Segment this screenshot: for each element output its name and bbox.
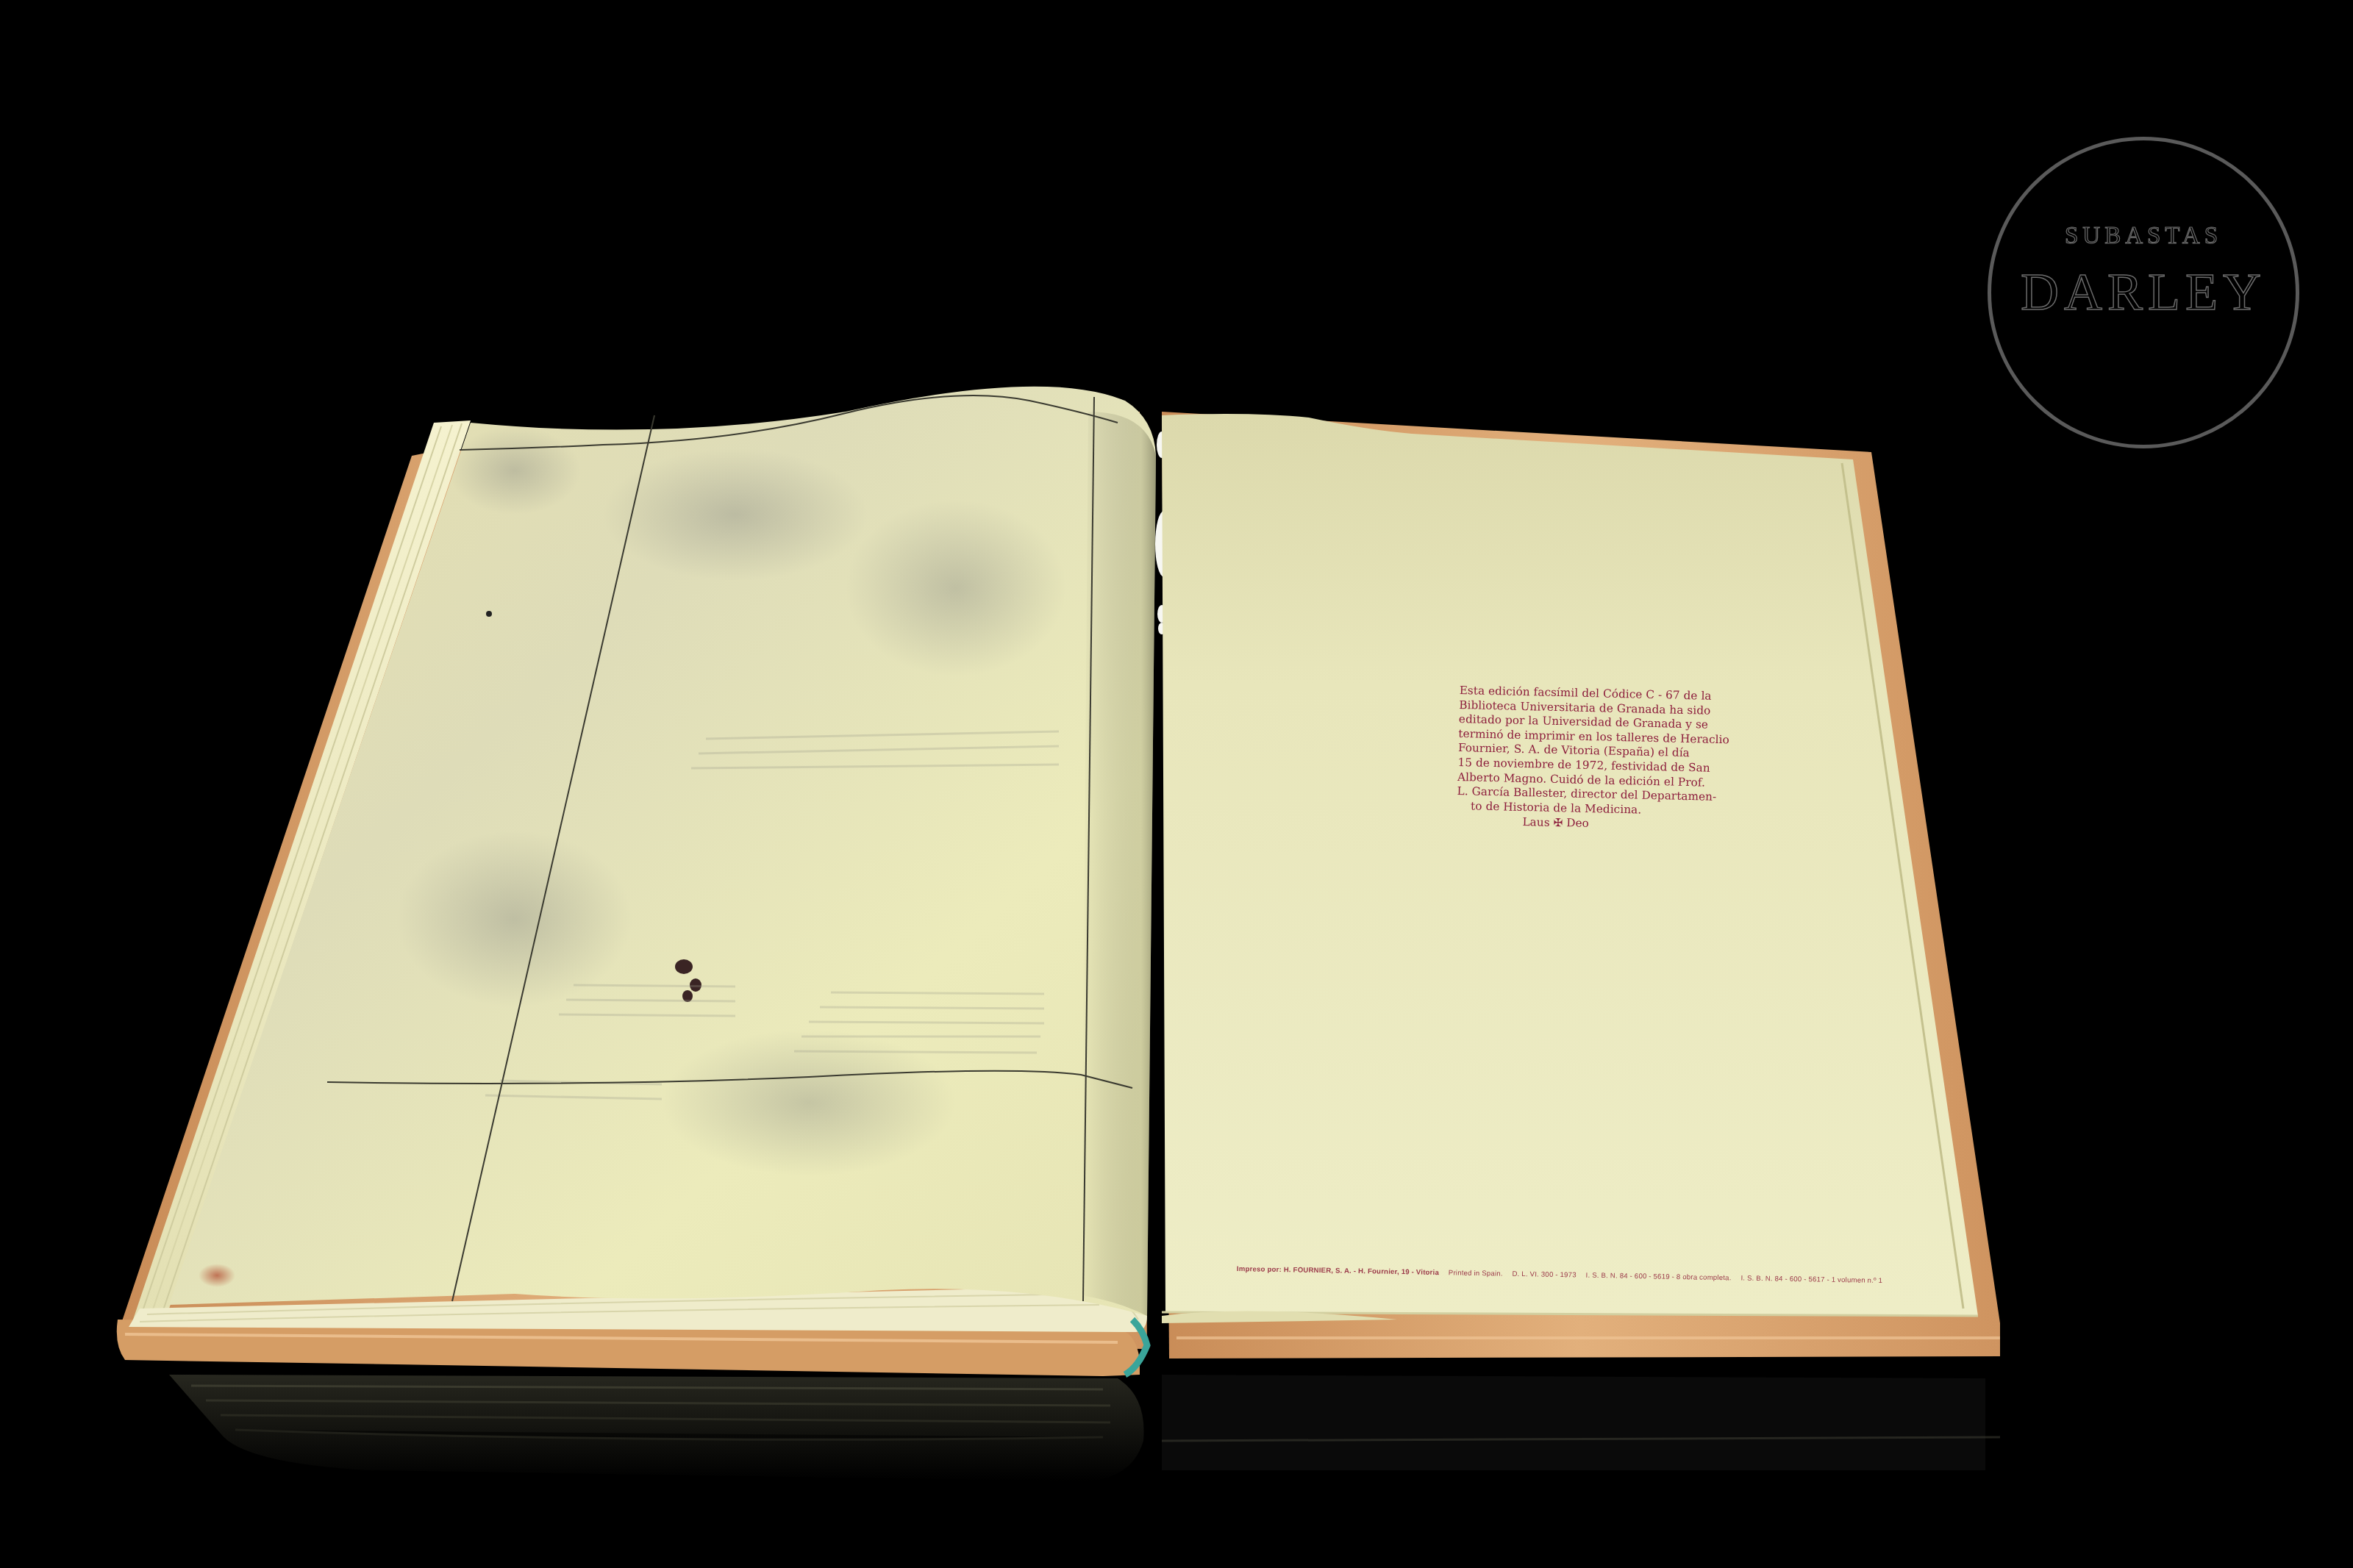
table-reflection bbox=[169, 1375, 2000, 1481]
imprint-legal-deposit: D. L. VI. 300 - 1973 bbox=[1512, 1270, 1576, 1280]
logo-brand: DARLEY bbox=[1984, 262, 2303, 323]
right-page bbox=[1162, 414, 1978, 1316]
darley-logo-watermark: SUBASTAS DARLEY bbox=[1988, 137, 2299, 448]
logo-subtitle: SUBASTAS bbox=[1991, 223, 2296, 250]
imprint-printed-in: Printed in Spain. bbox=[1449, 1269, 1503, 1278]
colophon: Esta edición facsímil del Códice C - 67 … bbox=[1457, 684, 1658, 833]
